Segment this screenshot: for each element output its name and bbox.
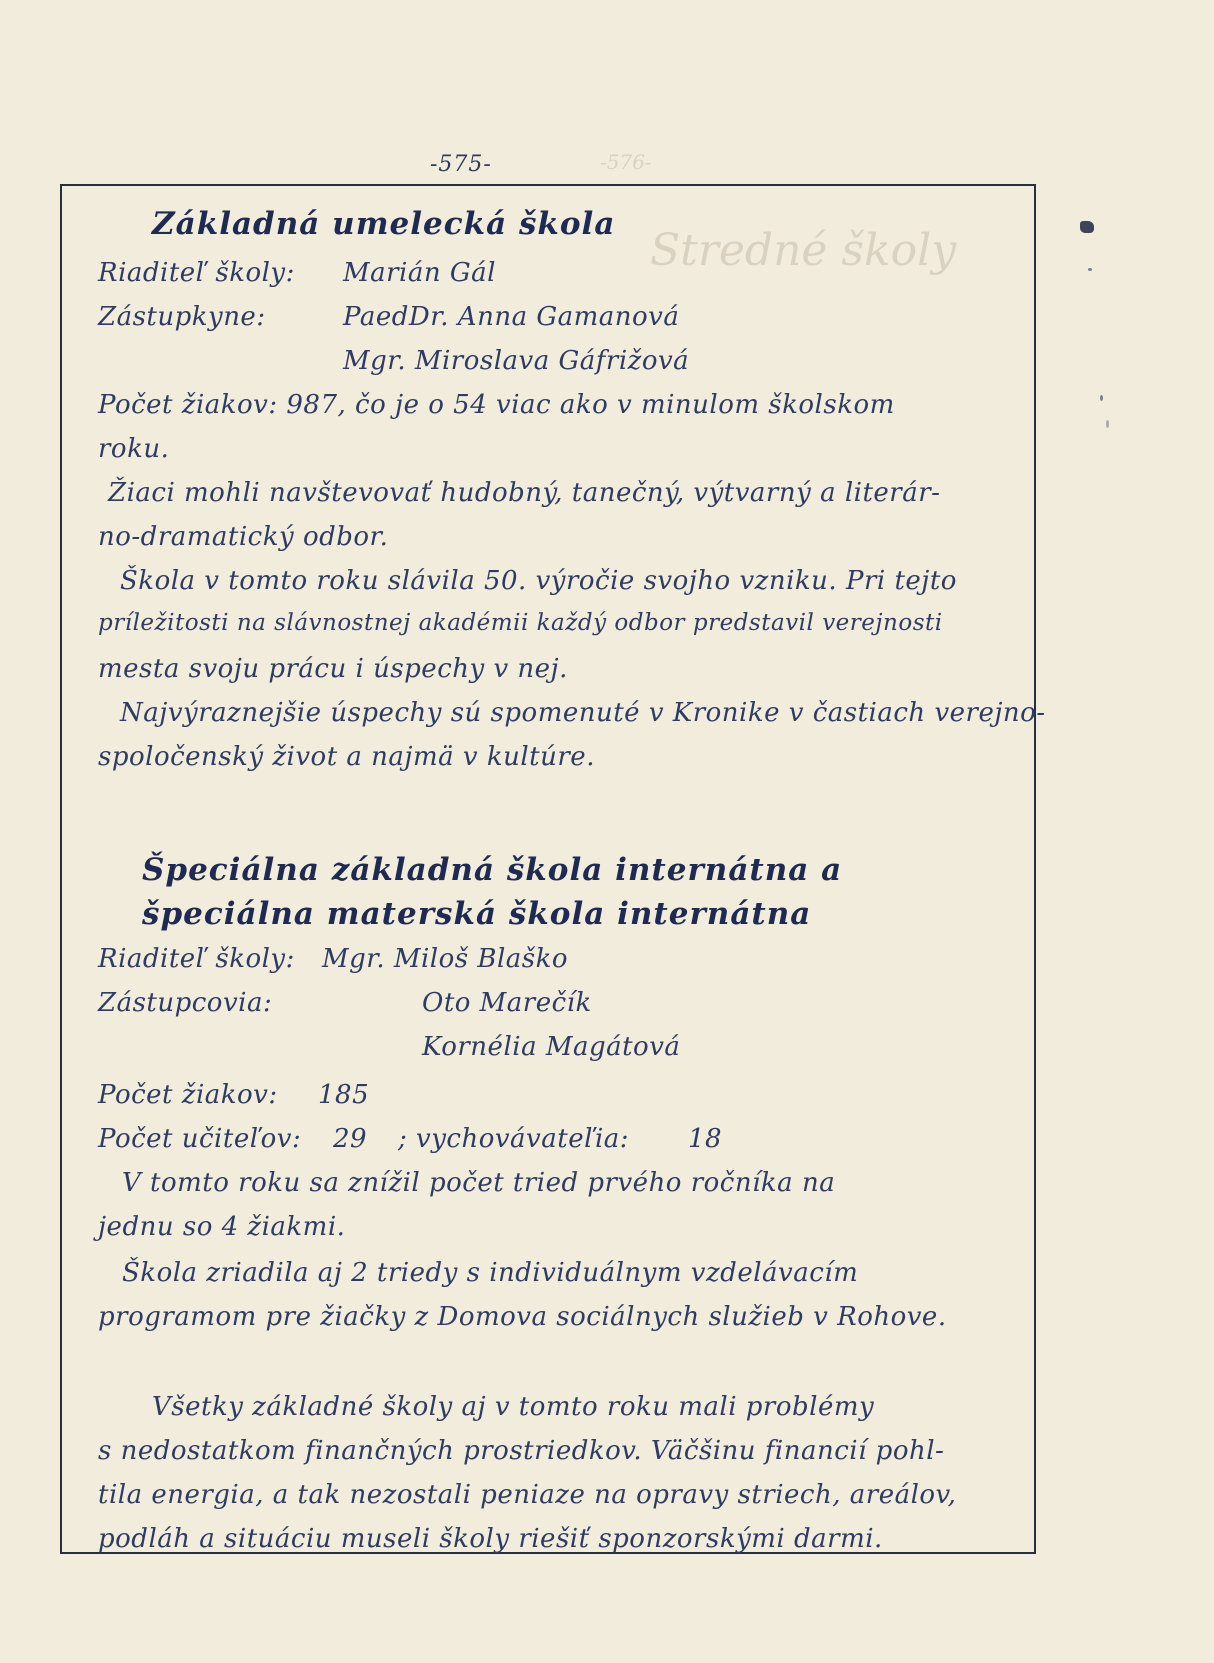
section2-students-label: Počet žiakov:: [98, 1080, 278, 1110]
section1-text-line: Najvýraznejšie úspechy sú spomenuté v Kr…: [120, 698, 1046, 728]
ink-speck: [1100, 395, 1103, 401]
section1-title: Základná umelecká škola: [152, 206, 615, 242]
section2-educators-label: ; vychovávateľia:: [398, 1124, 629, 1154]
section3-text-line: Všetky základné školy aj v tomto roku ma…: [152, 1392, 874, 1422]
ink-speck: [1106, 420, 1109, 428]
section2-title-line-1: Špeciálna základná škola internátna a: [142, 852, 842, 888]
section1-deputies-label: Zástupkyne:: [98, 302, 266, 332]
section3-text-line: podláh a situáciu museli školy riešiť sp…: [98, 1524, 883, 1554]
section1-text-line: Škola v tomto roku slávila 50. výročie s…: [120, 566, 957, 596]
section2-director-value: Mgr. Miloš Blaško: [322, 944, 568, 974]
section1-text-line: Počet žiakov: 987, čo je o 54 viac ako v…: [98, 390, 895, 420]
section1-director-value: Marián Gál: [343, 258, 496, 288]
section2-teachers-value: 29: [333, 1124, 367, 1154]
bleedthrough-page-number: -576-: [600, 150, 652, 174]
section1-director-label: Riaditeľ školy:: [98, 258, 295, 288]
section3-text-line: tila energia, a tak nezostali peniaze na…: [98, 1480, 956, 1510]
section2-teachers-label: Počet učiteľov:: [98, 1124, 301, 1154]
section2-title-line-2: špeciálna materská škola internátna: [142, 896, 811, 932]
section2-deputy-2: Kornélia Magátová: [422, 1032, 680, 1062]
section3-text-line: s nedostatkom finančných prostriedkov. V…: [98, 1436, 944, 1466]
section2-deputy-1: Oto Marečík: [422, 988, 592, 1018]
section1-text-line: roku.: [98, 434, 169, 464]
section1-text-line: no-dramatický odbor.: [98, 522, 388, 552]
section2-students-value: 185: [318, 1080, 369, 1110]
section2-director-label: Riaditeľ školy:: [98, 944, 295, 974]
page-number: -575-: [430, 152, 492, 177]
ink-speck: [1088, 268, 1092, 271]
section2-text-line: programom pre žiačky z Domova sociálnych…: [98, 1302, 947, 1332]
section2-text-line: Škola zriadila aj 2 triedy s individuáln…: [122, 1258, 858, 1288]
section2-text-line: V tomto roku sa znížil počet tried prvéh…: [122, 1168, 835, 1198]
section2-text-line: jednu so 4 žiakmi.: [98, 1212, 345, 1242]
section1-text-line: Žiaci mohli navštevovať hudobný, tanečný…: [108, 478, 940, 508]
section1-deputy-2: Mgr. Miroslava Gáfrižová: [343, 346, 689, 376]
section1-text-line: príležitosti na slávnostnej akadémii kaž…: [98, 610, 943, 636]
section2-educators-value: 18: [688, 1124, 722, 1154]
section2-deputies-label: Zástupcovia:: [98, 988, 272, 1018]
ink-blot: [1080, 221, 1094, 233]
section1-text-line: spoločenský život a najmä v kultúre.: [98, 742, 595, 772]
section1-deputy-1: PaedDr. Anna Gamanová: [343, 302, 679, 332]
section1-text-line: mesta svoju prácu i úspechy v nej.: [98, 654, 568, 684]
